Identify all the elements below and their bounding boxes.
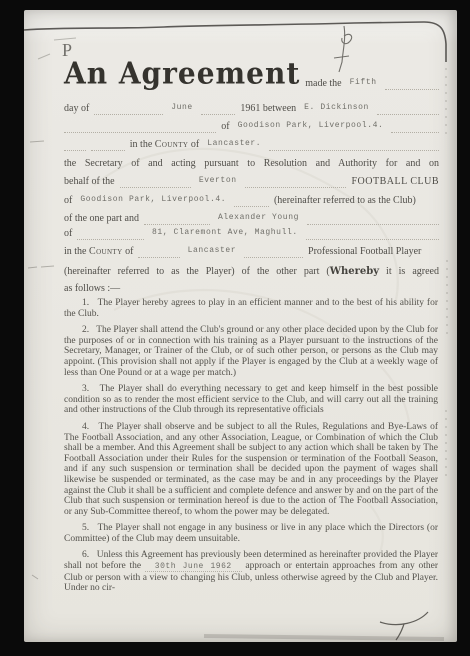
clause-4: 4. The Player shall observe and be subje… xyxy=(64,422,438,517)
county-row-1: in the County of Lancaster. xyxy=(64,139,439,151)
secretary-address-row: of Goodison Park, Liverpool.4. xyxy=(64,121,439,133)
dotted-rule xyxy=(391,123,439,133)
profession-label: Professional Football Player xyxy=(308,246,421,258)
dotted-rule xyxy=(144,215,210,225)
club-address-row: of Goodison Park, Liverpool.4. (hereinaf… xyxy=(64,195,439,207)
county1-value: Lancaster. xyxy=(204,138,264,150)
player-address-row: of 81, Claremont Ave, Maghull. xyxy=(64,228,439,240)
dotted-rule xyxy=(307,215,439,225)
dotted-rule xyxy=(385,80,439,90)
date-row: day of June 1961 between E. Dickinson xyxy=(64,103,439,115)
behalf-label: behalf of the xyxy=(64,176,115,188)
dotted-rule xyxy=(94,105,163,115)
of-label: of xyxy=(221,121,229,133)
club-address-value: Goodison Park, Liverpool.4. xyxy=(77,194,229,206)
bottom-squiggle-mark xyxy=(380,612,428,640)
secretary-name-value: E. Dickinson xyxy=(301,102,372,114)
agreement-title-row: An Agreement made the Fifth xyxy=(64,60,439,90)
clause-6: 6. Unless this Agreement has previously … xyxy=(64,550,438,593)
football-club-label: FOOTBALL CLUB xyxy=(351,176,439,188)
document-page: P An Agreement made the Fifth day of Jun… xyxy=(24,10,457,642)
in-the-county-label: in the County of xyxy=(130,139,199,151)
dotted-rule xyxy=(269,141,439,151)
player-name-value: Alexander Young xyxy=(215,212,302,224)
approach-date-value: 30th June 1962 xyxy=(145,562,242,572)
one-part-label: of the one part and xyxy=(64,213,139,225)
county-pre: in the xyxy=(64,246,87,257)
club-ref-label: (hereinafter referred to as the Club) xyxy=(274,195,416,207)
dotted-rule xyxy=(245,178,347,188)
dotted-rule xyxy=(120,178,191,188)
dotted-rule xyxy=(234,197,269,207)
club-name-value: Everton xyxy=(196,175,240,187)
day-of-label: day of xyxy=(64,103,89,115)
player-ref-p2: it is agreed xyxy=(379,266,439,277)
dotted-rule xyxy=(138,248,179,258)
as-follows-row: as follows :— xyxy=(64,283,439,295)
dotted-rule xyxy=(64,123,216,133)
whereby-blackletter: Whereby xyxy=(330,266,379,277)
secretary-clause-text: the Secretary of and acting pursuant to … xyxy=(64,158,439,170)
secretary-address-value: Goodison Park, Liverpool.4. xyxy=(235,120,387,132)
of-label: of xyxy=(64,195,72,207)
as-follows-label: as follows :— xyxy=(64,283,120,295)
made-the-label: made the xyxy=(305,78,341,90)
secretary-line-row: the Secretary of and acting pursuant to … xyxy=(64,158,439,170)
player-address-value: 81, Claremont Ave, Maghull. xyxy=(149,227,301,239)
dotted-rule xyxy=(244,248,303,258)
bottom-smear xyxy=(204,636,444,639)
dotted-rule xyxy=(77,230,144,240)
stray-scan-dashes xyxy=(28,141,54,579)
player-ref-text: (hereinafter referred to as the Player) … xyxy=(64,266,439,278)
player-ref-row: (hereinafter referred to as the Player) … xyxy=(64,266,439,278)
county-word: County xyxy=(155,139,189,150)
county-post: of xyxy=(125,246,133,257)
dotted-rule xyxy=(377,105,439,115)
clause-2: 2. The Player shall attend the Club's gr… xyxy=(64,325,438,378)
of-label: of xyxy=(64,228,72,240)
club-name-row: behalf of the Everton FOOTBALL CLUB xyxy=(64,176,439,188)
clauses-block: 1. The Player hereby agrees to play in a… xyxy=(64,298,438,594)
clause-3: 3. The Player shall do everything necess… xyxy=(64,384,438,416)
clause-1: 1. The Player hereby agrees to play in a… xyxy=(64,298,438,319)
player-name-row: of the one part and Alexander Young xyxy=(64,213,439,225)
county-pre: in the xyxy=(130,139,153,150)
county-post: of xyxy=(191,139,199,150)
dotted-rule xyxy=(64,141,86,151)
dotted-rule xyxy=(201,105,235,115)
county2-value: Lancaster xyxy=(185,245,240,257)
page-right-edge-line xyxy=(446,68,447,480)
photo-of-document: { "marks": { "top_left": "P", "top_right… xyxy=(0,0,470,656)
county-row-2: in the County of Lancaster Professional … xyxy=(64,246,439,258)
month-value: June xyxy=(168,102,196,114)
player-ref-p1: (hereinafter referred to as the Player) … xyxy=(64,266,330,277)
in-the-county-label: in the County of xyxy=(64,246,133,258)
day-ordinal-value: Fifth xyxy=(347,77,380,89)
clause-5: 5. The Player shall not engage in any bu… xyxy=(64,523,438,544)
dotted-rule xyxy=(91,141,125,151)
dotted-rule xyxy=(306,230,439,240)
county-word: County xyxy=(89,246,123,257)
page-title: An Agreement xyxy=(64,58,300,90)
year-between-label: 1961 between xyxy=(240,103,296,115)
